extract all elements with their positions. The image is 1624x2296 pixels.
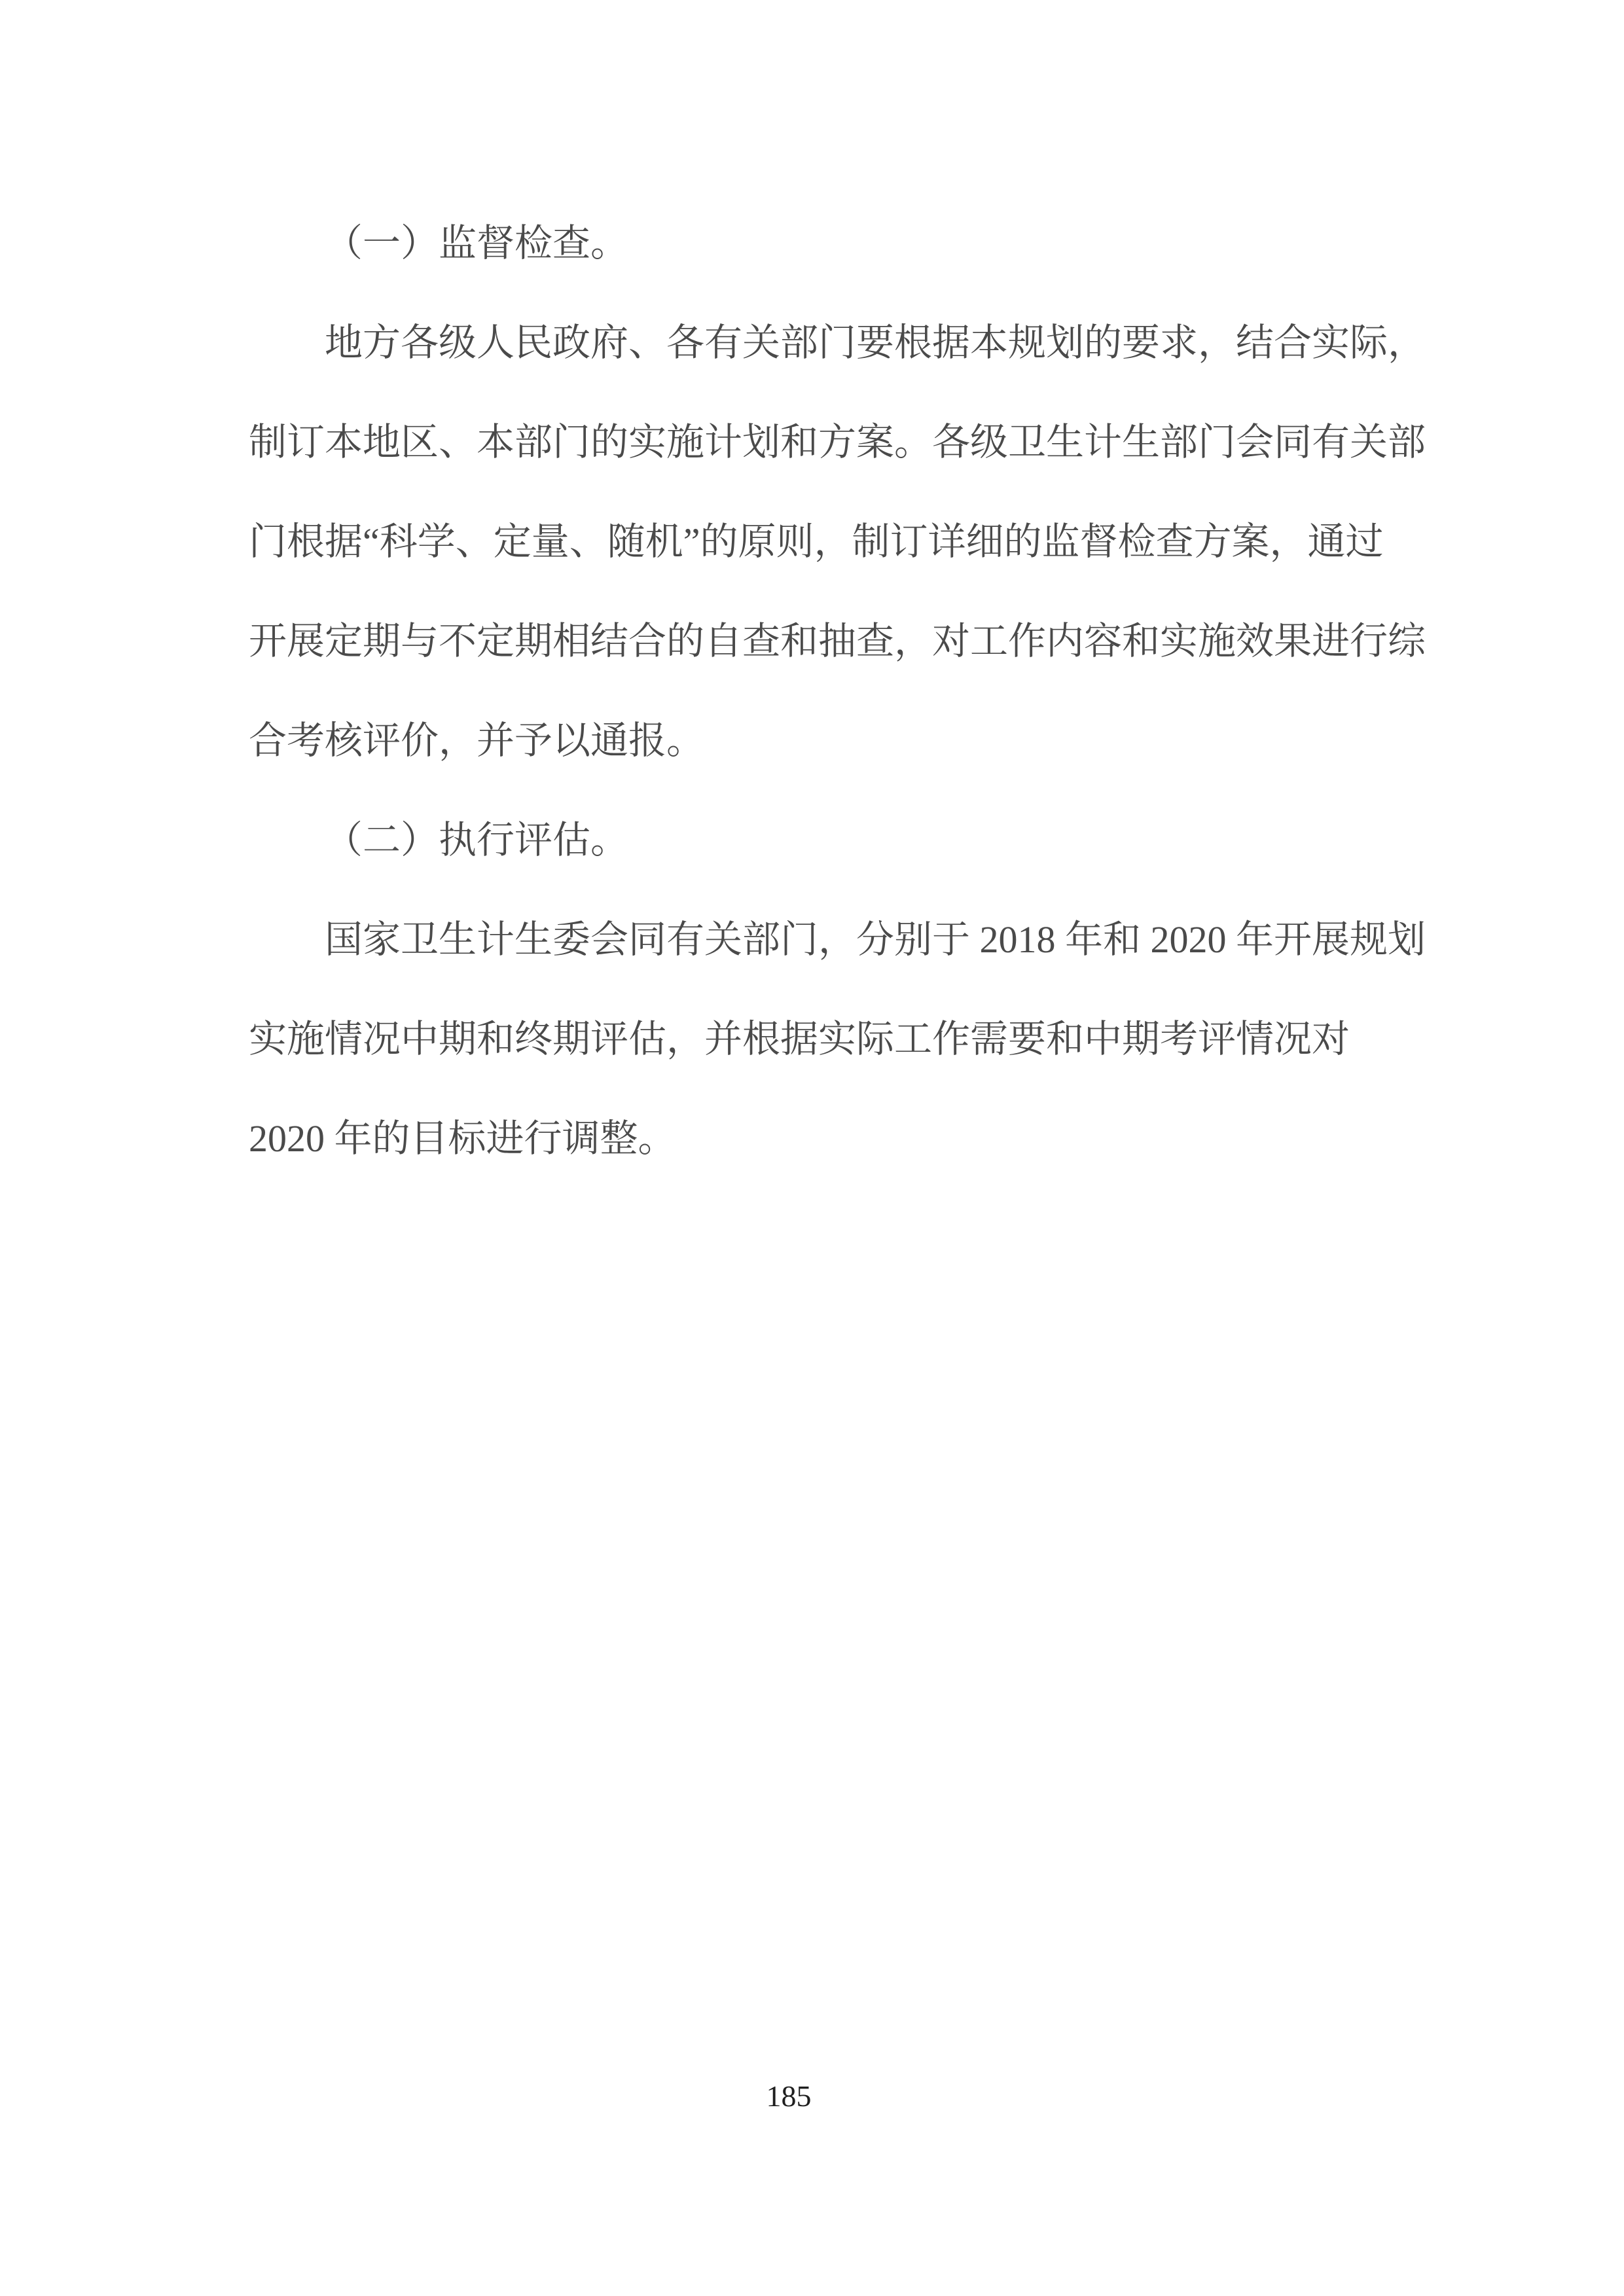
text-line: 2020 年的目标进行调整。 (249, 1089, 1434, 1189)
text-line: （一）监督检查。 (249, 194, 1434, 293)
text-line: （二）执行评估。 (249, 791, 1434, 890)
text-line: 国家卫生计生委会同有关部门，分别于 2018 年和 2020 年开展规划 (249, 890, 1434, 990)
page-number: 185 (723, 2081, 854, 2111)
text-line: 门根据“科学、定量、随机”的原则，制订详细的监督检查方案，通过 (249, 492, 1434, 592)
text-line: 实施情况中期和终期评估，并根据实际工作需要和中期考评情况对 (249, 990, 1434, 1089)
text-line: 制订本地区、本部门的实施计划和方案。各级卫生计生部门会同有关部 (249, 393, 1434, 492)
text-line: 开展定期与不定期相结合的自查和抽查，对工作内容和实施效果进行综 (249, 592, 1434, 691)
text-line: 地方各级人民政府、各有关部门要根据本规划的要求，结合实际， (249, 293, 1434, 393)
document-body: （一）监督检查。 地方各级人民政府、各有关部门要根据本规划的要求，结合实际， 制… (249, 194, 1434, 1189)
text-line: 合考核评价，并予以通报。 (249, 691, 1434, 791)
document-page: （一）监督检查。 地方各级人民政府、各有关部门要根据本规划的要求，结合实际， 制… (0, 0, 1624, 2296)
